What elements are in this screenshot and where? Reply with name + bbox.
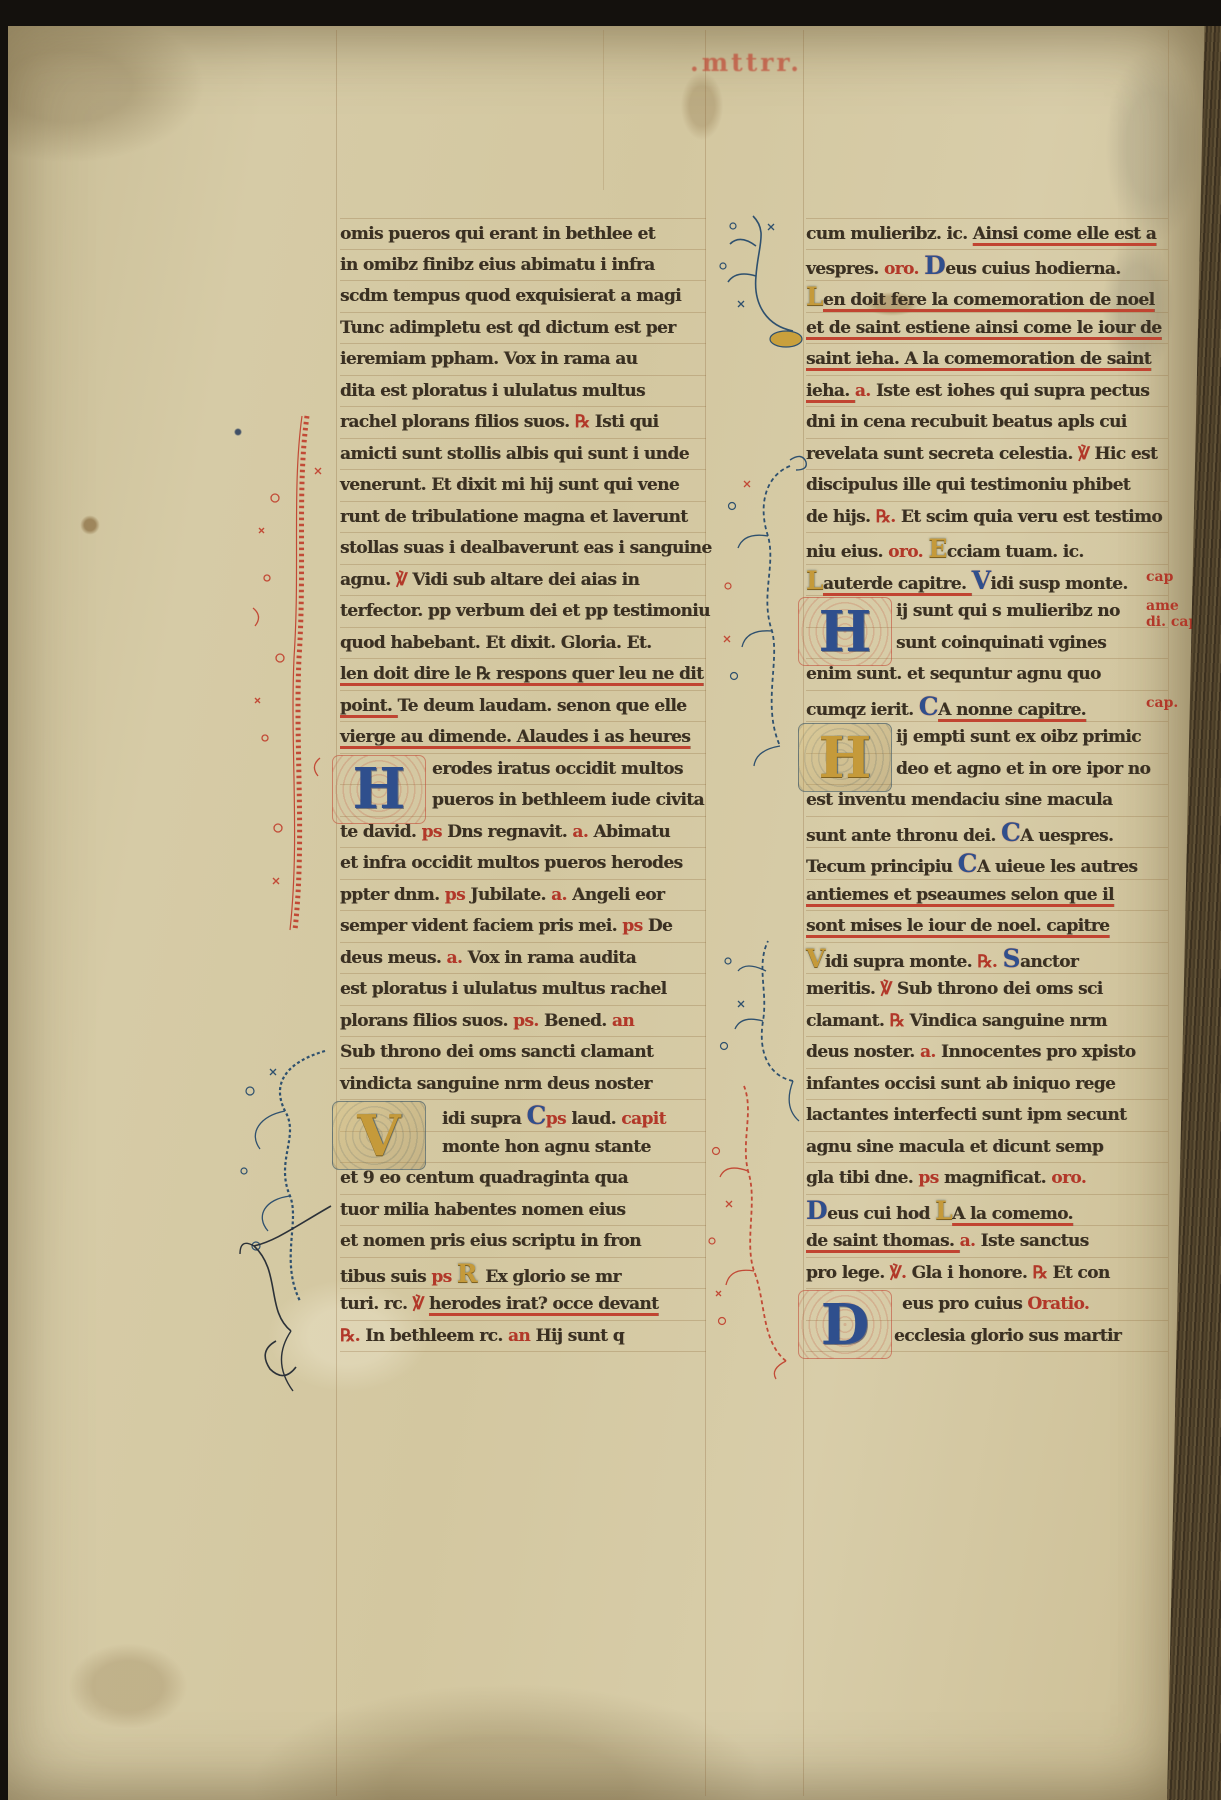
text-line: deus noster. a. Innocentes pro xpisto <box>806 1037 1168 1069</box>
body-text: ij sunt qui s mulieribz no <box>896 601 1120 621</box>
body-text: Et scim quia veru est testimo <box>901 507 1162 527</box>
text-line: stollas suas i dealbaverunt eas i sangui… <box>340 533 706 565</box>
body-text: sunt coinquinati vgines <box>896 633 1106 653</box>
body-text: stollas suas i dealbaverunt eas i sangui… <box>340 538 712 558</box>
body-text: et de saint estiene ainsi come le iour d… <box>806 318 1162 338</box>
rubric-text: ps. <box>513 1011 544 1031</box>
text-line: discipulus ille qui testimoniu phibet <box>806 470 1168 502</box>
body-text: de hijs. <box>806 507 876 527</box>
rubric-text: oro. <box>888 542 928 562</box>
body-text: in omibz finibz eius abimatu i infra <box>340 255 655 275</box>
body-text: quod habebant. Et dixit. Gloria. Et. <box>340 633 652 653</box>
rubric-text: Oratio. <box>1027 1294 1089 1314</box>
body-text: Hij sunt q <box>535 1326 624 1346</box>
body-text: te david. <box>340 822 422 842</box>
body-text: Abimatu <box>593 822 670 842</box>
body-text: ecclesia glorio sus martir <box>894 1326 1121 1346</box>
text-line: gla tibi dne. ps magnificat. oro. <box>806 1163 1168 1195</box>
body-text: deo et agno et in ore ipor no <box>896 759 1150 779</box>
body-text: erodes iratus occidit multos <box>432 759 683 779</box>
body-text: Isti qui <box>595 412 659 432</box>
text-line: et infra occidit multos pueros herodes <box>340 848 706 880</box>
body-text: ieha. <box>806 381 855 401</box>
text-line: omis pueros qui erant in bethlee et <box>340 218 706 250</box>
rubric-text: ps <box>445 885 471 905</box>
body-text: deus noster. <box>806 1042 920 1062</box>
body-text: idi supra <box>442 1109 526 1129</box>
body-text: A uespres. <box>1020 826 1113 846</box>
text-line: terfector. pp verbum dei et pp testimoni… <box>340 596 706 628</box>
text-line: tibus suis ps R Ex glorio se mr <box>340 1258 706 1290</box>
text-line: clamant. ℞ Vindica sanguine nrm <box>806 1006 1168 1038</box>
body-text: lactantes interfecti sunt ipm secunt <box>806 1105 1126 1125</box>
body-text: cumqz ierit. <box>806 700 919 720</box>
initial-v-vidi-left: V <box>332 1101 426 1170</box>
body-text: len doit dire le ℞ respons quer leu ne d… <box>340 664 703 684</box>
body-text: C <box>958 849 977 878</box>
rubric-text: ℞. <box>977 952 1002 972</box>
body-text: S <box>1003 944 1020 973</box>
body-text: revelata sunt secreta celestia. <box>806 444 1078 464</box>
ruling-line-vertical <box>1168 30 1169 1796</box>
initial-letter: H <box>353 761 406 817</box>
margin-note: ame <box>1146 598 1179 614</box>
text-line: Tunc adimpletu est qd dictum est per <box>340 313 706 345</box>
text-line: saint ieha. A la comemoration de saint <box>806 344 1168 376</box>
body-text: point. <box>340 696 398 716</box>
body-text: en doit fere la comemoration de noel <box>823 290 1154 310</box>
body-text: E <box>928 534 946 563</box>
body-text: D <box>806 1196 827 1225</box>
body-text: Ex glorio se mr <box>485 1267 621 1287</box>
rubric-text: ℞ <box>575 412 595 432</box>
text-line: point. Te deum laudam. senon que elle <box>340 691 706 723</box>
body-text: vierge au dimende. Alaudes i as heures <box>340 727 690 747</box>
rubric-text: ps <box>422 822 448 842</box>
text-line: Lauterde capitre. Vidi susp monte. <box>806 565 1168 597</box>
body-text: Iste sanctus <box>981 1231 1089 1251</box>
body-text: antiemes et pseaumes selon que il <box>806 885 1114 905</box>
text-line: Sub throno dei oms sancti clamant <box>340 1037 706 1069</box>
body-text: eus pro cuius <box>902 1294 1027 1314</box>
body-text: pueros in bethleem iude civita <box>432 790 704 810</box>
body-text: sunt ante thronu dei. <box>806 826 1001 846</box>
body-text: Sub throno dei oms sci <box>897 979 1103 999</box>
body-text: idi susp monte. <box>990 574 1127 594</box>
body-text: Dns regnavit. <box>447 822 572 842</box>
body-text: rachel plorans filios suos. <box>340 412 575 432</box>
text-line: cumqz ierit. CA nonne capitre. <box>806 691 1168 723</box>
text-line: meritis. ℣ Sub throno dei oms sci <box>806 974 1168 1006</box>
body-text: laud. <box>571 1109 621 1129</box>
body-text: A uieue les autres <box>977 857 1137 877</box>
body-text: est ploratus i ululatus multus rachel <box>340 979 667 999</box>
text-line: sont mises le iour de noel. capitre <box>806 911 1168 943</box>
text-line: Tecum principiu CA uieue les autres <box>806 848 1168 880</box>
body-text: In bethleem rc. <box>365 1326 508 1346</box>
body-text: enim sunt. et sequntur agnu quo <box>806 664 1101 684</box>
body-text: Innocentes pro xpisto <box>941 1042 1135 1062</box>
body-text: Jubilate. <box>470 885 551 905</box>
rubric-text: ps <box>546 1109 572 1129</box>
body-text: scdm tempus quod exquisierat a magi <box>340 286 681 306</box>
rubric-text: a. <box>447 948 468 968</box>
initial-letter: V <box>357 1108 400 1164</box>
text-line: quod habebant. Et dixit. Gloria. Et. <box>340 628 706 660</box>
penwork-intercolumn-top <box>708 206 818 366</box>
body-text: cciam tuam. ic. <box>947 542 1084 562</box>
rubric-text: a. <box>920 1042 941 1062</box>
body-text: tuor milia habentes nomen eius <box>340 1200 625 1220</box>
rubric-text: a. <box>551 885 572 905</box>
body-text: V <box>806 944 825 973</box>
text-line: de hijs. ℞. Et scim quia veru est testim… <box>806 502 1168 534</box>
margin-note: cap <box>1146 569 1173 585</box>
body-text: de saint thomas. <box>806 1231 960 1251</box>
rubric-text: capit <box>621 1109 666 1129</box>
rubric-text: ps <box>622 916 648 936</box>
body-text: magnificat. <box>944 1168 1051 1188</box>
text-line: rachel plorans filios suos. ℞ Isti qui <box>340 407 706 439</box>
text-line: in omibz finibz eius abimatu i infra <box>340 250 706 282</box>
body-text: Vidi sub altare dei aias in <box>412 570 639 590</box>
body-text: eus cuius hodierna. <box>945 259 1120 279</box>
rubric-text: ℣. <box>890 1263 912 1283</box>
body-text: eus cui hod <box>827 1204 935 1224</box>
text-line: ieha. a. Iste est iohes qui supra pectus <box>806 376 1168 408</box>
body-text: Et con <box>1052 1263 1109 1283</box>
body-text: ppter dnm. <box>340 885 445 905</box>
body-text: Hic est <box>1094 444 1157 464</box>
body-text: runt de tribulatione magna et laverunt <box>340 507 687 527</box>
text-line: antiemes et pseaumes selon que il <box>806 880 1168 912</box>
body-text: niu eius. <box>806 542 888 562</box>
rubric-text: ps <box>918 1168 944 1188</box>
body-text: et nomen pris eius scriptu in fron <box>340 1231 641 1251</box>
body-text: et infra occidit multos pueros herodes <box>340 853 683 873</box>
body-text: pro lege. <box>806 1263 890 1283</box>
text-line: niu eius. oro. Ecciam tuam. ic. <box>806 533 1168 565</box>
body-text: dni in cena recubuit beatus apls cui <box>806 412 1127 432</box>
initial-h-herodes: H <box>332 755 426 824</box>
text-line: runt de tribulatione magna et laverunt <box>340 502 706 534</box>
rubric-text: ℣ <box>396 570 412 590</box>
body-text: Sub throno dei oms sancti clamant <box>340 1042 653 1062</box>
text-line: agnu. ℣ Vidi sub altare dei aias in <box>340 565 706 597</box>
initial-h-hij-sunt: H <box>798 597 892 666</box>
body-text: Iste est iohes qui supra pectus <box>876 381 1149 401</box>
text-line: amicti sunt stollis albis qui sunt i und… <box>340 439 706 471</box>
text-line: et de saint estiene ainsi come le iour d… <box>806 313 1168 345</box>
body-text: herodes irat? occe devant <box>429 1294 658 1314</box>
body-text: est inventu mendaciu sine macula <box>806 790 1112 810</box>
body-text: amicti sunt stollis albis qui sunt i und… <box>340 444 689 464</box>
text-line: revelata sunt secreta celestia. ℣ Hic es… <box>806 439 1168 471</box>
body-text: cum mulieribz. ic. <box>806 224 973 244</box>
body-text: gla tibi dne. <box>806 1168 918 1188</box>
rubric-text: ℞ <box>1033 1263 1053 1283</box>
text-line: vierge au dimende. Alaudes i as heures <box>340 722 706 754</box>
body-text: dita est ploratus i ululatus multus <box>340 381 645 401</box>
text-line: sunt ante thronu dei. CA uespres. <box>806 817 1168 849</box>
text-line: vindicta sanguine nrm deus noster <box>340 1069 706 1101</box>
rubric-text: ℞ <box>889 1011 909 1031</box>
body-text: C <box>1001 818 1020 847</box>
body-text: semper vident faciem pris mei. <box>340 916 622 936</box>
rubric-text: ps <box>431 1267 457 1287</box>
penwork-black-flourish <box>236 1201 366 1411</box>
text-line: turi. rc. ℣ herodes irat? occe devant <box>340 1289 706 1321</box>
penwork-intercolumn-middle <box>710 446 810 776</box>
body-text: auterde capitre. <box>823 574 972 594</box>
text-line: de saint thomas. a. Iste sanctus <box>806 1226 1168 1258</box>
text-line: et nomen pris eius scriptu in fron <box>340 1226 706 1258</box>
body-text: Tecum principiu <box>806 857 958 877</box>
rubric-text: ℣ <box>881 979 897 999</box>
body-text: vindicta sanguine nrm deus noster <box>340 1074 652 1094</box>
rubric-text: oro. <box>884 259 924 279</box>
body-text: A nonne capitre. <box>938 700 1086 720</box>
penwork-red-spray <box>696 1081 806 1381</box>
text-line: infantes occisi sunt ab iniquo rege <box>806 1069 1168 1101</box>
body-text: ij empti sunt ex oibz primic <box>896 727 1141 747</box>
text-line: vespres. oro. Deus cuius hodierna. <box>806 250 1168 282</box>
initial-d-deus: D <box>798 1290 892 1359</box>
margin-note: cap. <box>1146 695 1178 711</box>
body-text: C <box>526 1101 545 1130</box>
body-text: idi supra monte. <box>825 952 977 972</box>
rubric-text: ℣ <box>413 1294 429 1314</box>
text-line: est ploratus i ululatus multus rachel <box>340 974 706 1006</box>
body-text: et 9 eo centum quadraginta qua <box>340 1168 628 1188</box>
rubric-text: ℣ <box>1078 444 1094 464</box>
body-text: Vindica sanguine nrm <box>909 1011 1106 1031</box>
body-text: venerunt. Et dixit mi hij sunt qui vene <box>340 475 679 495</box>
text-line: deus meus. a. Vox in rama audita <box>340 943 706 975</box>
text-line: scdm tempus quod exquisierat a magi <box>340 281 706 313</box>
body-text: Vox in rama audita <box>468 948 636 968</box>
initial-letter: H <box>819 730 872 786</box>
body-text: Angeli eor <box>572 885 664 905</box>
body-text: deus meus. <box>340 948 447 968</box>
body-text: discipulus ille qui testimoniu phibet <box>806 475 1130 495</box>
text-line: dni in cena recubuit beatus apls cui <box>806 407 1168 439</box>
body-text: C <box>919 692 938 721</box>
text-line: venerunt. Et dixit mi hij sunt qui vene <box>340 470 706 502</box>
body-text: Tunc adimpletu est qd dictum est per <box>340 318 676 338</box>
folio-number: .mttrr. <box>690 48 802 77</box>
text-line: Vidi supra monte. ℞. Sanctor <box>806 943 1168 975</box>
body-text: Gla i honore. <box>912 1263 1033 1283</box>
rubric-text: an <box>508 1326 536 1346</box>
rubric-text: a. <box>572 822 593 842</box>
ruling-line-vertical <box>603 30 604 190</box>
body-text: infantes occisi sunt ab iniquo rege <box>806 1074 1115 1094</box>
text-line: cum mulieribz. ic. Ainsi come elle est a <box>806 218 1168 250</box>
rubric-text: oro. <box>1051 1168 1086 1188</box>
text-line: pro lege. ℣. Gla i honore. ℞ Et con <box>806 1258 1168 1290</box>
body-text: monte hon agnu stante <box>442 1137 651 1157</box>
text-line: ppter dnm. ps Jubilate. a. Angeli eor <box>340 880 706 912</box>
initial-h-hij-empti: H <box>798 723 892 792</box>
text-line: Len doit fere la comemoration de noel <box>806 281 1168 313</box>
text-line: agnu sine macula et dicunt semp <box>806 1132 1168 1164</box>
body-text: V <box>972 566 991 595</box>
body-text: D <box>924 251 945 280</box>
body-text: L <box>935 1196 952 1225</box>
text-line: plorans filios suos. ps. Bened. an <box>340 1006 706 1038</box>
text-line: lactantes interfecti sunt ipm secunt <box>806 1100 1168 1132</box>
body-text: sont mises le iour de noel. capitre <box>806 916 1109 936</box>
rubric-text: a. <box>855 381 876 401</box>
rubric-text: a. <box>960 1231 981 1251</box>
text-line: len doit dire le ℞ respons quer leu ne d… <box>340 659 706 691</box>
rubric-text: ℞. <box>876 507 901 527</box>
body-text: saint ieha. A la comemoration de saint <box>806 349 1151 369</box>
body-text: plorans filios suos. <box>340 1011 513 1031</box>
body-text: clamant. <box>806 1011 889 1031</box>
text-line: Deus cui hod LA la comemo. <box>806 1195 1168 1227</box>
manuscript-photo: .mttrr. omis pueros qui erant in bethlee… <box>0 0 1221 1800</box>
text-line: tuor milia habentes nomen eius <box>340 1195 706 1227</box>
body-text: meritis. <box>806 979 881 999</box>
body-text: terfector. pp verbum dei et pp testimoni… <box>340 601 710 621</box>
body-text: omis pueros qui erant in bethlee et <box>340 224 655 244</box>
text-line: ieremiam ppham. Vox in rama au <box>340 344 706 376</box>
body-text: A la comemo. <box>952 1204 1073 1224</box>
text-line: dita est ploratus i ululatus multus <box>340 376 706 408</box>
body-text: Bened. <box>544 1011 612 1031</box>
body-text: R <box>457 1259 485 1288</box>
penwork-red-bar <box>245 408 345 938</box>
body-text: De <box>648 916 672 936</box>
text-line: semper vident faciem pris mei. ps De <box>340 911 706 943</box>
initial-letter: H <box>819 604 872 660</box>
initial-letter: D <box>821 1297 870 1353</box>
body-text: Te deum laudam. senon que elle <box>398 696 687 716</box>
rubric-text: an <box>612 1011 634 1031</box>
body-text: Ainsi come elle est a <box>973 224 1156 244</box>
body-text: agnu sine macula et dicunt semp <box>806 1137 1103 1157</box>
manuscript-page: .mttrr. omis pueros qui erant in bethlee… <box>8 26 1206 1800</box>
body-text: ieremiam ppham. Vox in rama au <box>340 349 637 369</box>
text-line: ℞. In bethleem rc. an Hij sunt q <box>340 1321 706 1353</box>
body-text: agnu. <box>340 570 396 590</box>
body-text: anctor <box>1020 952 1078 972</box>
